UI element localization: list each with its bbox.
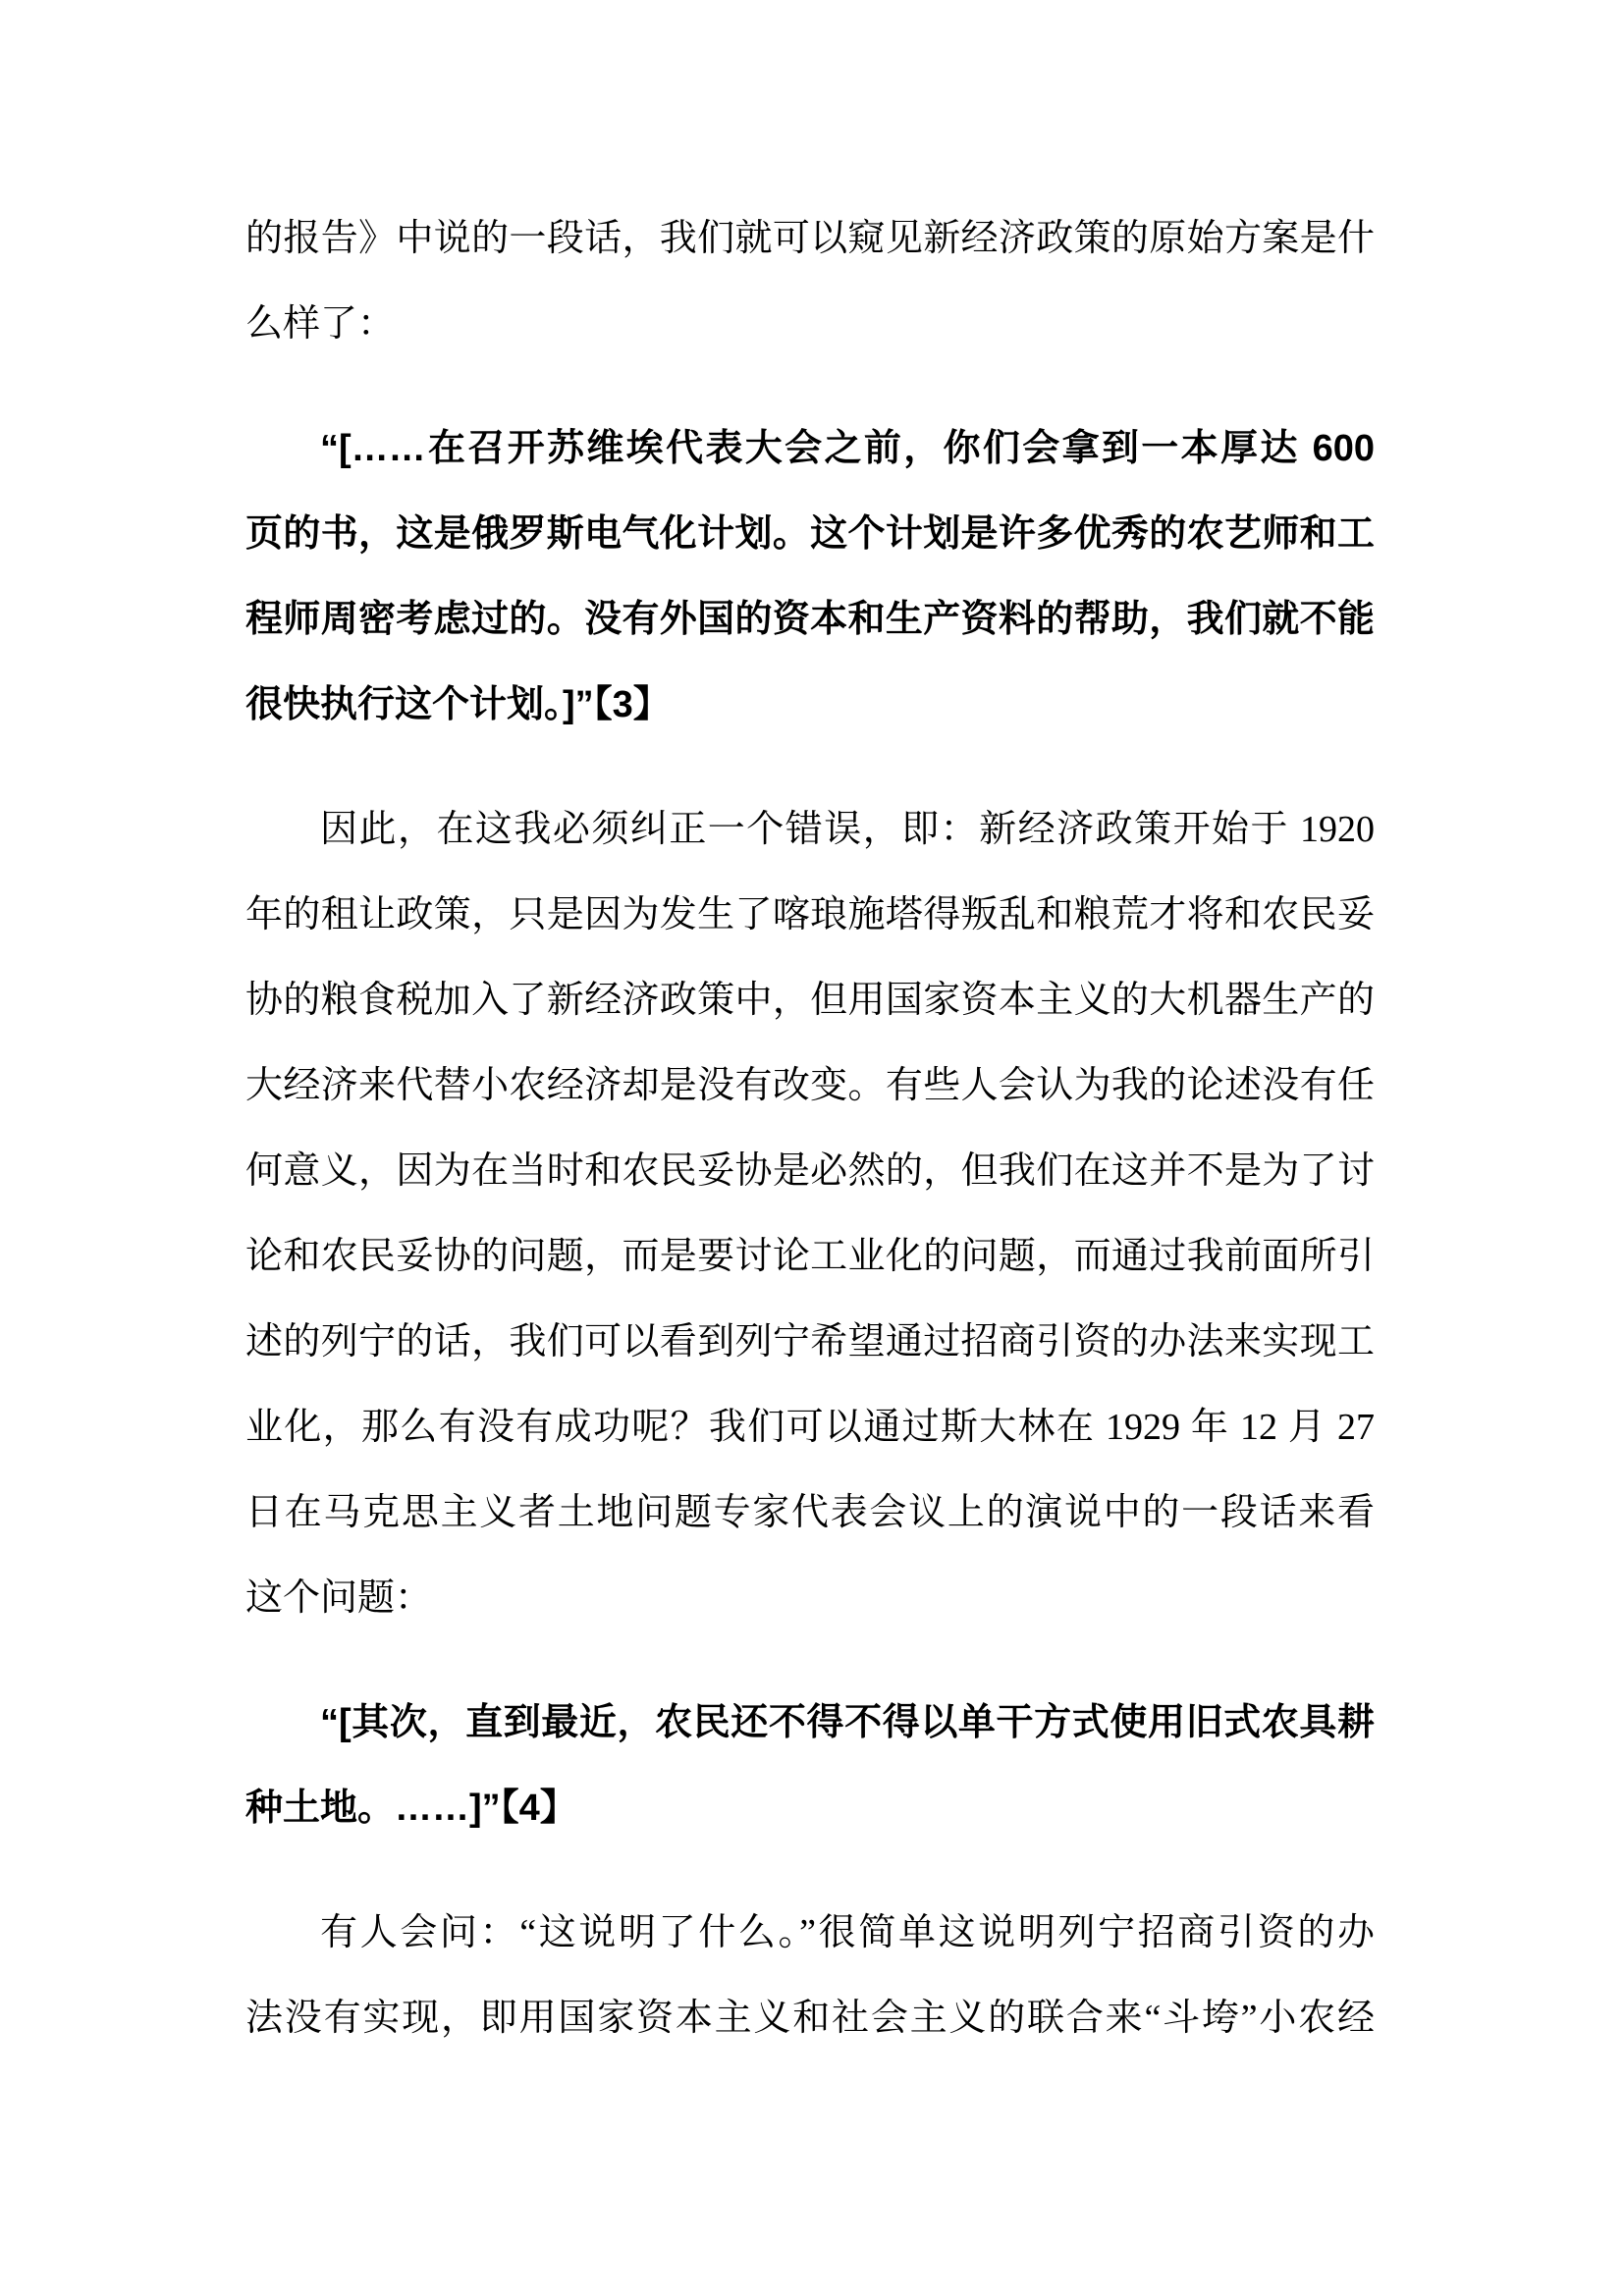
text-line: 这个问题：: [245, 1556, 1375, 1641]
text-line: 协的粮食税加入了新经济政策中，但用国家资本主义的大机器生产的: [245, 958, 1375, 1043]
paragraph-conclusion: 有人会问：“这说明了什么。”很简单这说明列宁招商引资的办 法没有实现，即用国家资…: [245, 1891, 1375, 2061]
block-quote-stalin: “[其次，直到最近，农民还不得不得以单干方式使用旧式农具耕 种土地。……]”【4…: [245, 1681, 1375, 1851]
text-line: 业化，那么有没有成功呢？我们可以通过斯大林在 1929 年 12 月 27: [245, 1385, 1375, 1470]
quote-line: 页的书，这是俄罗斯电气化计划。这个计划是许多优秀的农艺师和工: [245, 492, 1375, 577]
quote-line: “[其次，直到最近，农民还不得不得以单干方式使用旧式农具耕: [245, 1681, 1375, 1766]
paragraph-correction: 因此，在这我必须纠正一个错误，即：新经济政策开始于 1920 年的租让政策，只是…: [245, 787, 1375, 1641]
text-line: 年的租让政策，只是因为发生了喀琅施塔得叛乱和粮荒才将和农民妥: [245, 873, 1375, 958]
text-line: 法没有实现，即用国家资本主义和社会主义的联合来“斗垮”小农经: [245, 1976, 1375, 2061]
document-page: 的报告》中说的一段话，我们就可以窥见新经济政策的原始方案是什 么样了： “[………: [0, 0, 1624, 2296]
quote-line-with-footnote-4: 种土地。……]”【4】: [245, 1766, 1375, 1851]
quote-line: 程师周密考虑过的。没有外国的资本和生产资料的帮助，我们就不能: [245, 577, 1375, 663]
text-line: 论和农民妥协的问题，而是要讨论工业化的问题，而通过我前面所引: [245, 1214, 1375, 1300]
text-line: 述的列宁的话，我们可以看到列宁希望通过招商引资的办法来实现工: [245, 1300, 1375, 1385]
quote-line-with-footnote-3: 很快执行这个计划。]”【3】: [245, 663, 1375, 748]
text-line: 日在马克思主义者土地问题专家代表会议上的演说中的一段话来看: [245, 1470, 1375, 1556]
quote-line: “[……在召开苏维埃代表大会之前，你们会拿到一本厚达 600: [245, 406, 1375, 492]
paragraph-continuation: 的报告》中说的一段话，我们就可以窥见新经济政策的原始方案是什 么样了：: [245, 196, 1375, 367]
text-line: 么样了：: [245, 282, 1375, 367]
text-line: 因此，在这我必须纠正一个错误，即：新经济政策开始于 1920: [245, 787, 1375, 873]
text-line: 大经济来代替小农经济却是没有改变。有些人会认为我的论述没有任: [245, 1043, 1375, 1129]
text-line: 有人会问：“这说明了什么。”很简单这说明列宁招商引资的办: [245, 1891, 1375, 1976]
block-quote-lenin: “[……在召开苏维埃代表大会之前，你们会拿到一本厚达 600 页的书，这是俄罗斯…: [245, 406, 1375, 748]
text-line: 何意义，因为在当时和农民妥协是必然的，但我们在这并不是为了讨: [245, 1129, 1375, 1214]
text-line: 的报告》中说的一段话，我们就可以窥见新经济政策的原始方案是什: [245, 196, 1375, 282]
